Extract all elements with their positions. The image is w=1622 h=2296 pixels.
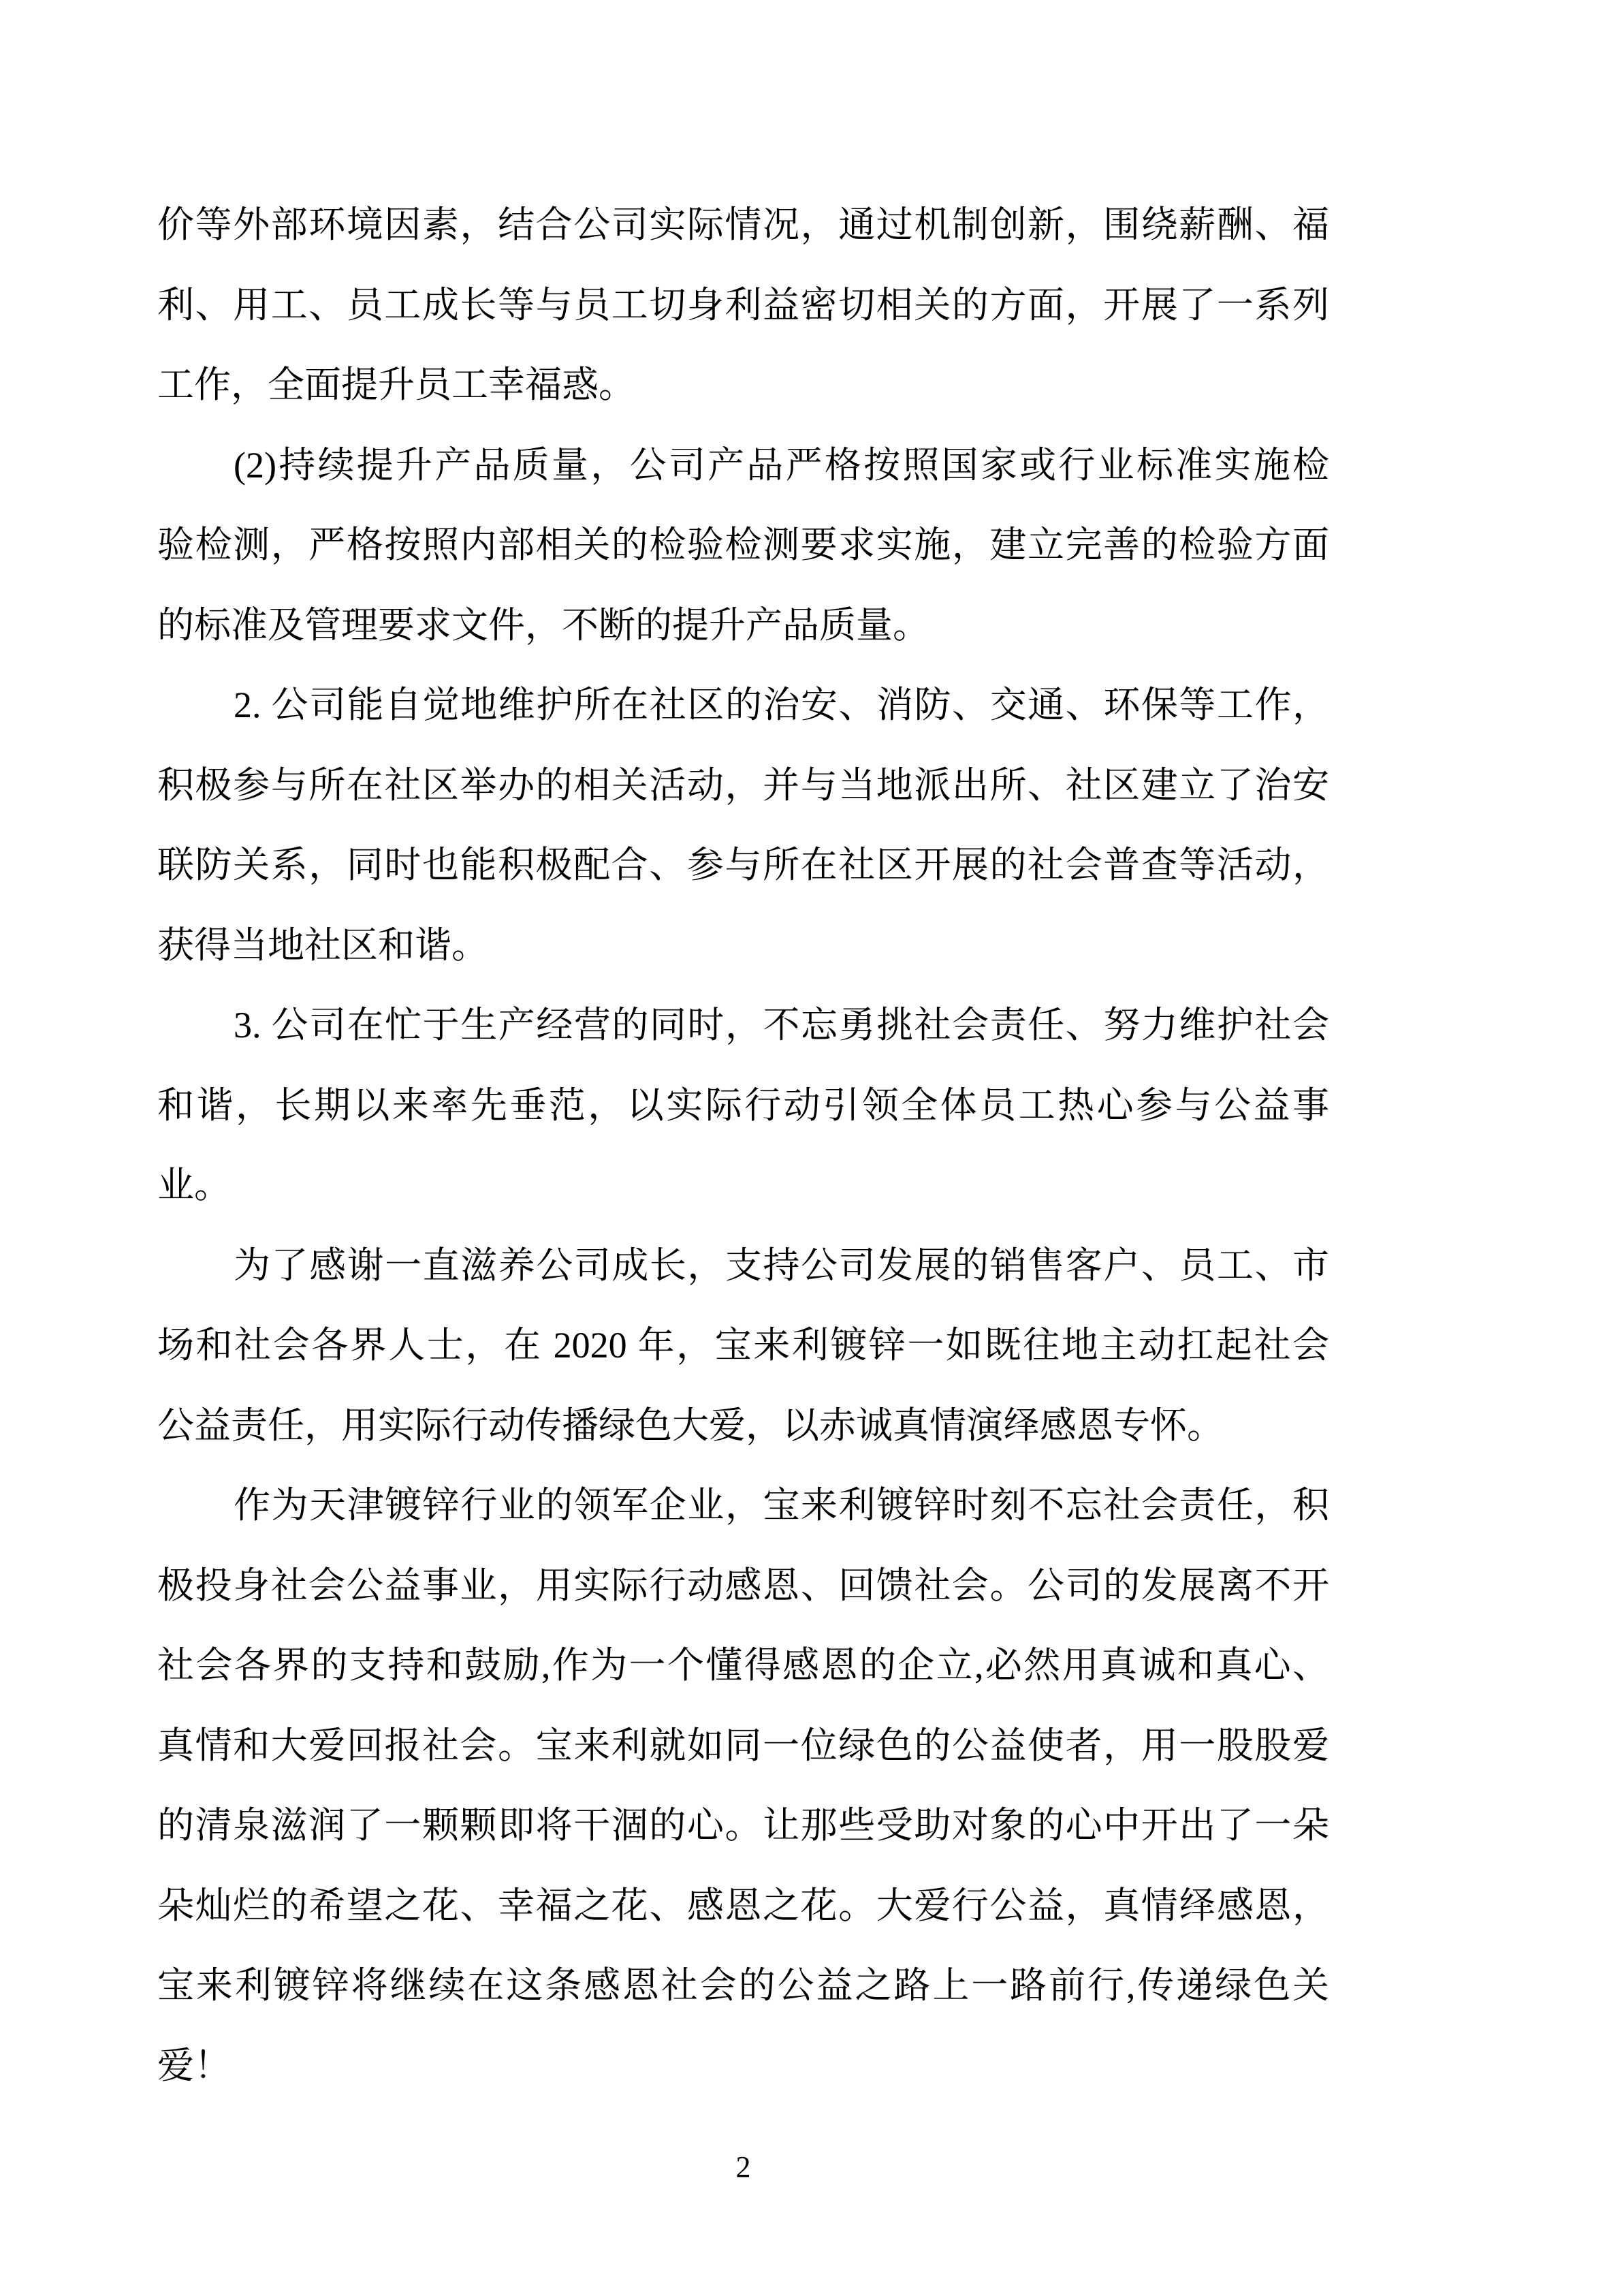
text-line: 极投身社会公益事业，用实际行动感恩、回馈社会。公司的发展离不开 bbox=[157, 1546, 1329, 1626]
text-line: 的清泉滋润了一颗颗即将干涸的心。让那些受助对象的心中开出了一朵 bbox=[157, 1786, 1329, 1866]
text-line: 作为天津镀锌行业的领军企业，宝来利镀锌时刻不忘社会责任，积 bbox=[157, 1466, 1329, 1546]
text-line: 验检测，严格按照内部相关的检验检测要求实施，建立完善的检验方面 bbox=[157, 505, 1329, 586]
text-line: 的标准及管理要求文件，不断的提升产品质量。 bbox=[157, 586, 1329, 666]
text-line: 获得当地社区和谐。 bbox=[157, 906, 1329, 986]
text-line: 和谐，长期以来率先垂范，以实际行动引领全体员工热心参与公益事业。 bbox=[157, 1066, 1329, 1226]
text-line: 2. 公司能自觉地维护所在社区的治安、消防、交通、环保等工作， bbox=[157, 665, 1329, 746]
text-line: 联防关系，同时也能积极配合、参与所在社区开展的社会普查等活动， bbox=[157, 825, 1329, 906]
text-line: 社会各界的支持和鼓励,作为一个懂得感恩的企立,必然用真诚和真心、 bbox=[157, 1626, 1329, 1706]
text-line: 朵灿烂的希望之花、幸福之花、感恩之花。大爱行公益，真情绎感恩， bbox=[157, 1866, 1329, 1947]
page-number: 2 bbox=[157, 2147, 1329, 2188]
text-line: 工作，全面提升员工幸福惑。 bbox=[157, 345, 1329, 426]
text-line: 宝来利镀锌将继续在这条感恩社会的公益之路上一路前行,传递绿色关 bbox=[157, 1946, 1329, 2026]
text-line: 场和社会各界人士，在 2020 年，宝来利镀锌一如既往地主动扛起社会 bbox=[157, 1306, 1329, 1386]
text-line: 爱！ bbox=[157, 2026, 1329, 2107]
text-line: 价等外部环境因素，结合公司实际情况，通过机制创新，围绕薪酬、福 bbox=[157, 185, 1329, 266]
document-body: 价等外部环境因素，结合公司实际情况，通过机制创新，围绕薪酬、福利、用工、员工成长… bbox=[157, 185, 1329, 2106]
text-line: 积极参与所在社区举办的相关活动，并与当地派出所、社区建立了治安 bbox=[157, 746, 1329, 826]
text-line: 真情和大爱回报社会。宝来利就如同一位绿色的公益使者，用一股股爱 bbox=[157, 1706, 1329, 1787]
text-line: 为了感谢一直滋养公司成长，支持公司发展的销售客户、员工、市 bbox=[157, 1226, 1329, 1306]
text-line: 3. 公司在忙于生产经营的同时，不忘勇挑社会责任、努力维护社会 bbox=[157, 986, 1329, 1066]
text-line: (2)持续提升产品质量，公司产品严格按照国家或行业标准实施检 bbox=[157, 426, 1329, 506]
text-line: 利、用工、员工成长等与员工切身利益密切相关的方面，开展了一系列 bbox=[157, 266, 1329, 346]
document-page: 价等外部环境因素，结合公司实际情况，通过机制创新，围绕薪酬、福利、用工、员工成长… bbox=[0, 0, 1622, 2296]
text-line: 公益责任，用实际行动传播绿色大爱，以赤诚真情演绎感恩专怀。 bbox=[157, 1386, 1329, 1466]
